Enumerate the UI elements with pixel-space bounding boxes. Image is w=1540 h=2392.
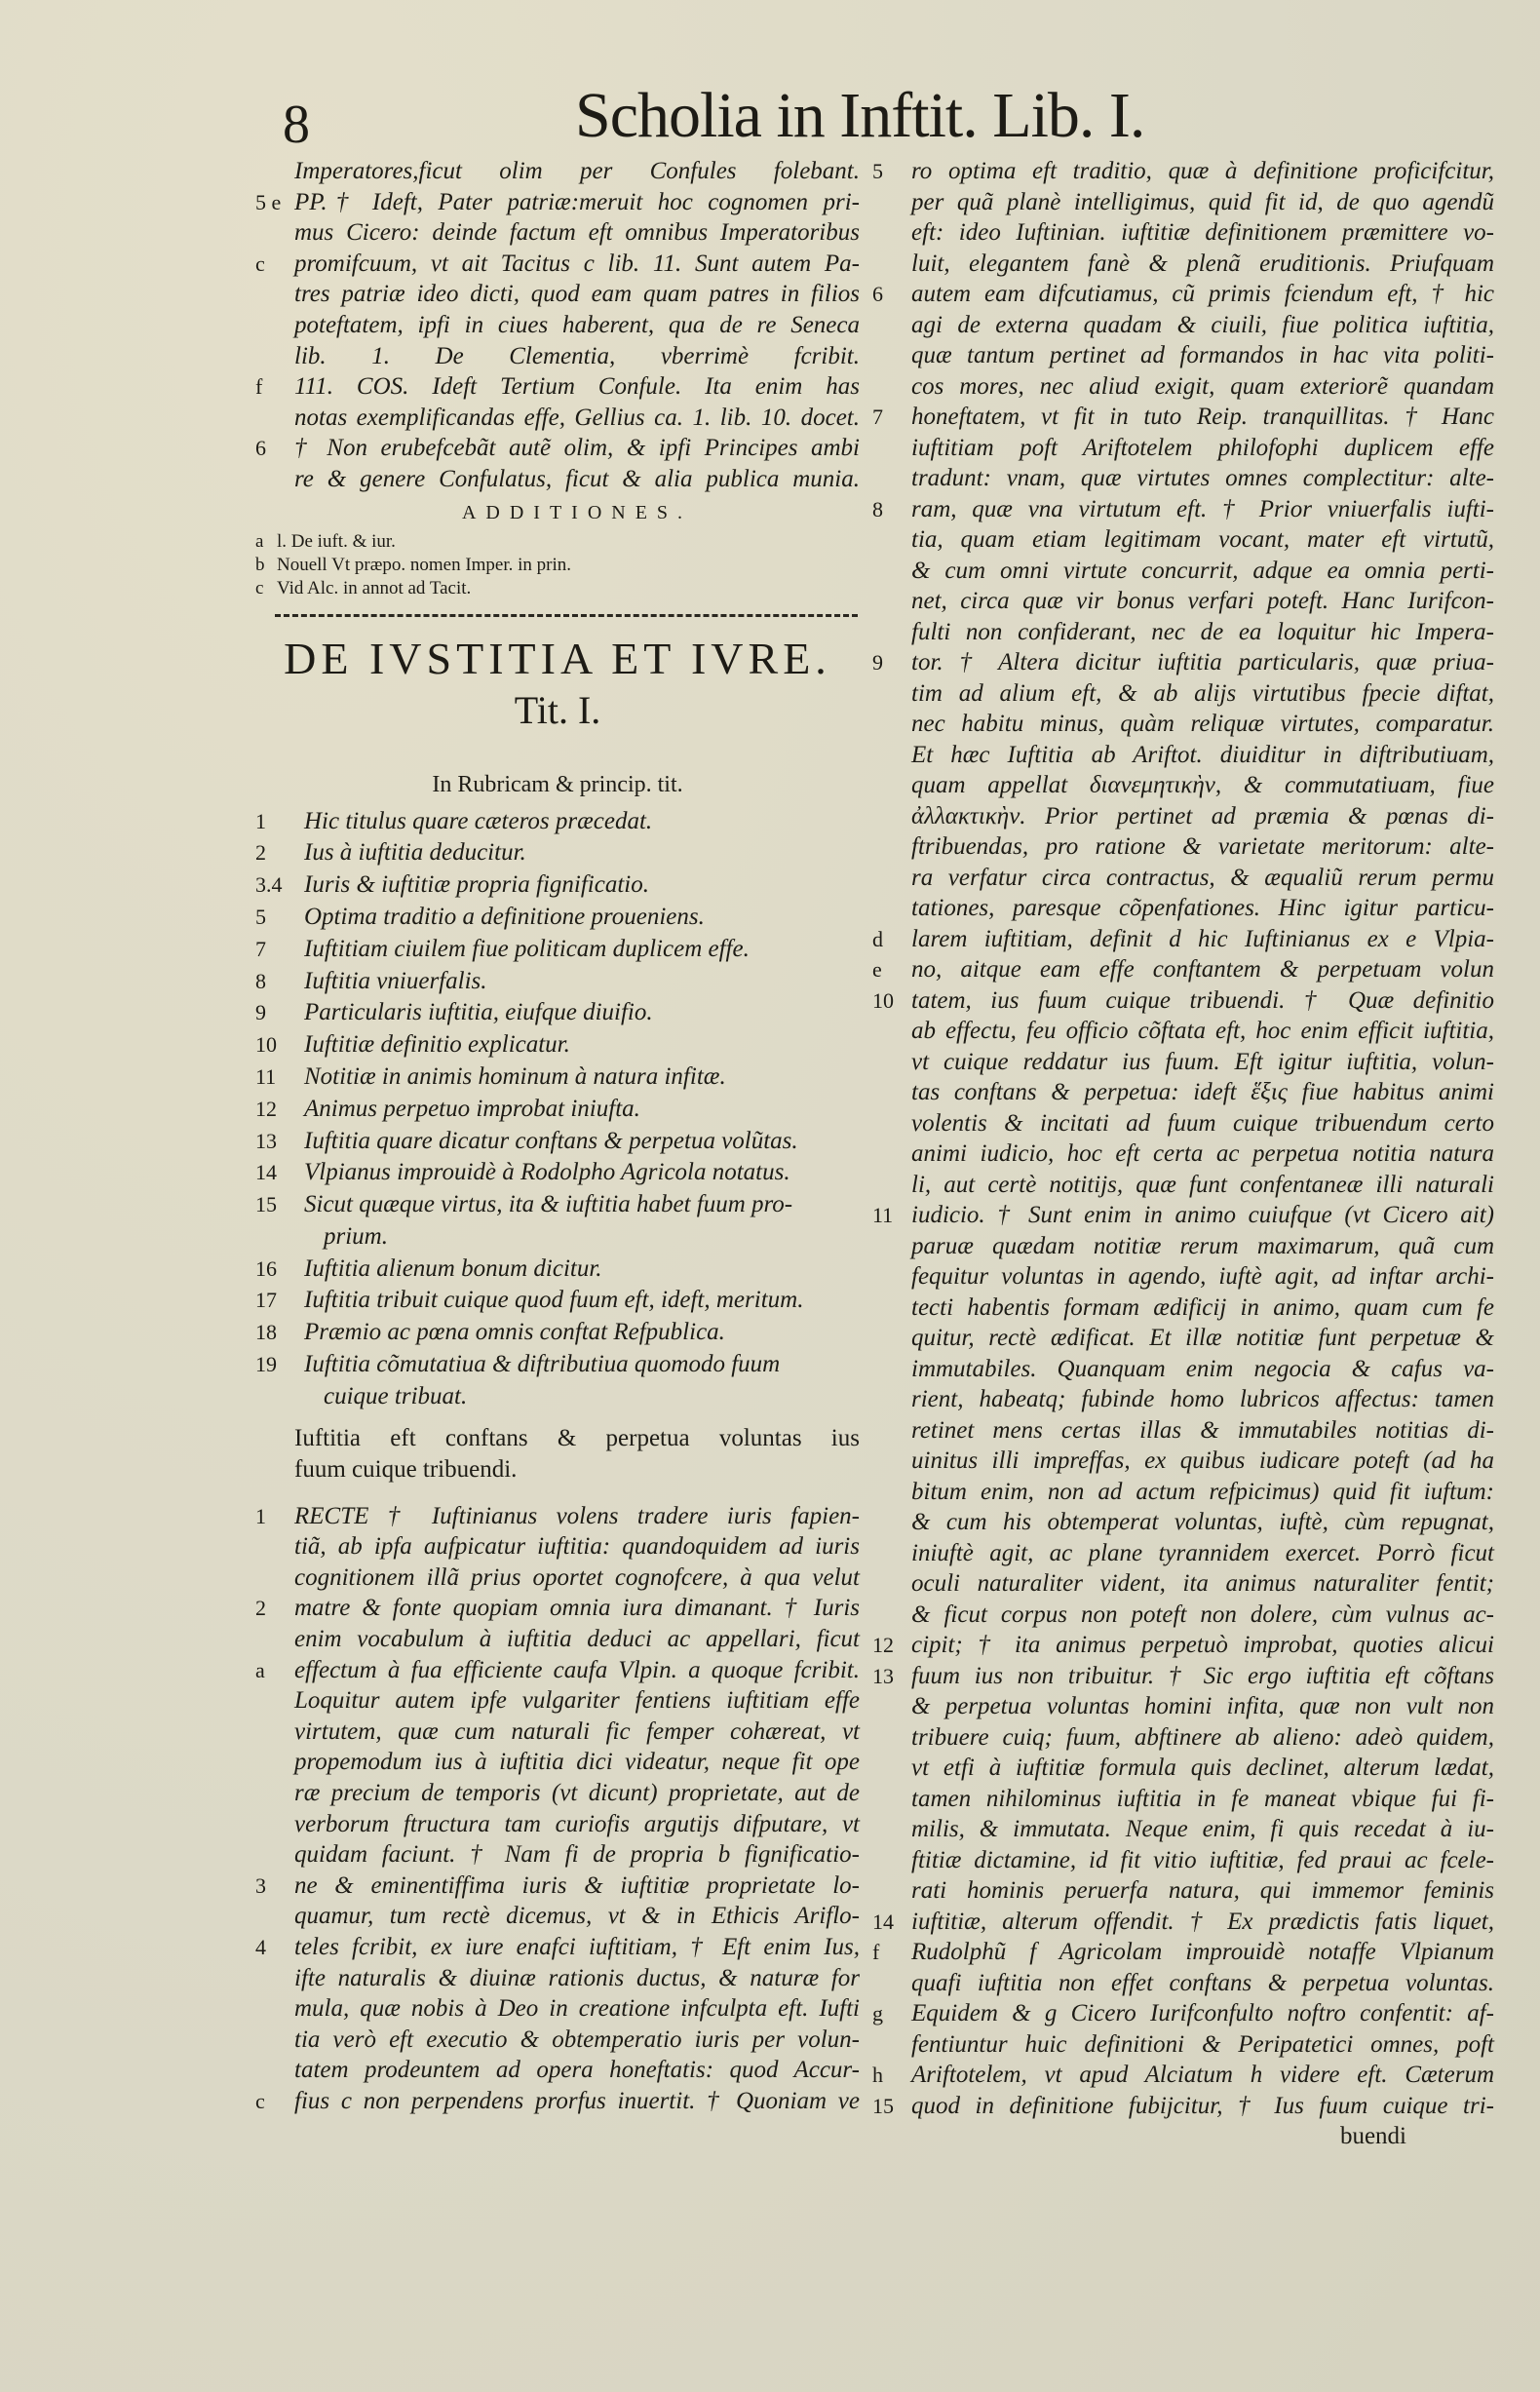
index-text: Iuftitia vniuerfalis. bbox=[304, 966, 487, 998]
text-line: tiã, ab ipfa aufpicatur iuftitia: quando… bbox=[255, 1531, 860, 1563]
text-line: luit, elegantem fanè & plenã eruditionis… bbox=[872, 249, 1494, 280]
additiones-heading: ADDITIONES. bbox=[255, 495, 860, 530]
additio-item: bNouell Vt præpo. nomen Imper. in prin. bbox=[255, 554, 860, 577]
gloss-block: 1RECTE † Iuftinianus volens tradere iuri… bbox=[255, 1501, 860, 2117]
text-line: 15quod in definitione fubijcitur, † Ius … bbox=[872, 2091, 1494, 2122]
text-line: aeffectum à fua efficiente caufa Vlpin. … bbox=[255, 1655, 860, 1686]
index-text: Iuftitia tribuit cuique quod fuum eft, i… bbox=[304, 1285, 803, 1317]
page-number: 8 bbox=[283, 97, 310, 152]
index-number: 3.4 bbox=[255, 869, 300, 902]
additio-key: c bbox=[255, 577, 263, 600]
text-line: agi de externa quadam & ciuili, fiue pol… bbox=[872, 310, 1494, 341]
text-line: oculi naturaliter vident, ita animus nat… bbox=[872, 1568, 1494, 1600]
page-header: 8 Scholia in Inftit. Lib. I. bbox=[273, 70, 1248, 158]
text-line: tia verò eft executio & obtemperatio iur… bbox=[255, 2025, 860, 2056]
index-entry: 11Notitiæ in animis hominum à natura inf… bbox=[255, 1061, 860, 1094]
marginal-reference: g bbox=[872, 1998, 909, 2029]
text-line: ftitiæ dictamine, id fit vitio iuftitiæ,… bbox=[872, 1845, 1494, 1876]
line-text: PP.† Ideft, Pater patriæ:meruit hoc cogn… bbox=[294, 187, 860, 218]
text-line: & perpetua voluntas homini infita, quæ n… bbox=[872, 1691, 1494, 1722]
text-line: ftribuendas, pro ratione & varietate mer… bbox=[872, 831, 1494, 863]
index-entry: 16Iuftitia alienum bonum dicitur. bbox=[255, 1254, 860, 1286]
index-entry: 10Iuftitiæ definitio explicatur. bbox=[255, 1029, 860, 1061]
index-number: 11 bbox=[255, 1061, 300, 1094]
marginal-reference: f bbox=[255, 371, 292, 403]
index-entry-continuation: cuique tribuat. bbox=[255, 1381, 860, 1413]
commentary-block: Imperatores,ficut olim per Confules fole… bbox=[255, 156, 860, 495]
marginal-reference: d bbox=[872, 924, 909, 955]
line-text: mula, quæ nobis à Deo in creatione infcu… bbox=[294, 1993, 860, 2025]
right-column: 5ro optima eft traditio, quæ à definitio… bbox=[872, 156, 1494, 2152]
text-line: volentis & incitati ad fuum cuique tribu… bbox=[872, 1108, 1494, 1139]
index-text: Iuftitia cõmutatiua & diftributiua quomo… bbox=[304, 1349, 780, 1381]
index-number: 19 bbox=[255, 1349, 300, 1381]
text-line: Imperatores,ficut olim per Confules fole… bbox=[255, 156, 860, 187]
index-entry: 5Optima traditio a definitione prouenien… bbox=[255, 902, 860, 934]
line-text: † Non erubefcebãt autẽ olim, & ipfi Prin… bbox=[294, 433, 860, 464]
marginal-reference: 6 bbox=[872, 279, 909, 310]
index-number: 7 bbox=[255, 934, 300, 966]
line-text: fulti non confiderant, nec de ea loquitu… bbox=[911, 617, 1494, 648]
text-line: ἀλλακτικὴν. Prior pertinet ad præmia & p… bbox=[872, 801, 1494, 832]
line-text: effectum à fua efficiente caufa Vlpin. a… bbox=[294, 1655, 860, 1686]
text-line: fentiuntur huic definitioni & Peripateti… bbox=[872, 2029, 1494, 2061]
index-number: 17 bbox=[255, 1285, 300, 1317]
index-entry: 17Iuftitia tribuit cuique quod fuum eft,… bbox=[255, 1285, 860, 1317]
text-line: fRudolphũ f Agricolam improuidè notaffe … bbox=[872, 1937, 1494, 1968]
line-text: no, aitque eam effe conftantem & perpetu… bbox=[911, 954, 1494, 985]
line-text: teles fcribit, ex iure enafci iuftitiam,… bbox=[294, 1932, 860, 1963]
index-number: 13 bbox=[255, 1126, 300, 1158]
additio-item: al. De iuft. & iur. bbox=[255, 530, 860, 554]
index-text: Notitiæ in animis hominum à natura infit… bbox=[304, 1061, 726, 1094]
text-line: iniuftè agit, ac plane tyrannidem exerce… bbox=[872, 1538, 1494, 1569]
index-number: 5 bbox=[255, 902, 300, 934]
text-line: uinitus illi impreffas, ex quibus iudica… bbox=[872, 1446, 1494, 1477]
text-line: tim ad alium eft, & ab alijs virtutibus … bbox=[872, 678, 1494, 710]
marginal-reference: c bbox=[255, 2086, 292, 2117]
summary-index: 1Hic titulus quare cæteros præcedat.2Ius… bbox=[255, 806, 860, 1413]
text-line: cpromifcuum, vt ait Tacitus c lib. 11. S… bbox=[255, 249, 860, 280]
text-line: cfius c non perpendens prorfus inuertit.… bbox=[255, 2086, 860, 2117]
line-text: ab effectu, feu officio cõftata eft, hoc… bbox=[911, 1016, 1494, 1047]
text-line: iuftitiam poft Ariftotelem philofophi du… bbox=[872, 433, 1494, 464]
index-number: 15 bbox=[255, 1189, 300, 1221]
line-text: iuftitiam poft Ariftotelem philofophi du… bbox=[911, 433, 1494, 464]
line-text: promifcuum, vt ait Tacitus c lib. 11. Su… bbox=[294, 249, 860, 280]
text-line: hAriftotelem, vt apud Alciatum h videre … bbox=[872, 2060, 1494, 2091]
additio-key: a bbox=[255, 530, 263, 554]
index-number: 8 bbox=[255, 966, 300, 998]
index-text: Sicut quæque virtus, ita & iuftitia habe… bbox=[304, 1189, 792, 1221]
marginal-reference: 11 bbox=[872, 1200, 909, 1231]
additio-text: Nouell Vt præpo. nomen Imper. in prin. bbox=[277, 555, 571, 575]
index-entry: 8Iuftitia vniuerfalis. bbox=[255, 966, 860, 998]
line-text: & ficut corpus non poteft non dolere, cù… bbox=[911, 1600, 1494, 1631]
text-line: 10tatem, ius fuum cuique tribuendi. † Qu… bbox=[872, 985, 1494, 1017]
line-text: nec habitu minus, quàm reliquæ virtutes,… bbox=[911, 709, 1494, 740]
line-text: Et hæc Iuftitia ab Ariftot. diuiditur in… bbox=[911, 740, 1494, 771]
text-line: dlarem iuftitiam, definit d hic Iuftinia… bbox=[872, 924, 1494, 955]
line-text: fuum ius non tribuitur. † Sic ergo iufti… bbox=[911, 1661, 1494, 1692]
index-text: Ius à iuftitia deducitur. bbox=[304, 837, 526, 869]
catchword: buendi bbox=[872, 2121, 1494, 2152]
text-line: 6autem eam difcutiamus, cũ primis fciend… bbox=[872, 279, 1494, 310]
definition-text: Iuftitia eft conftans & perpetua volunta… bbox=[255, 1423, 860, 1485]
text-line: eno, aitque eam effe conftantem & perpet… bbox=[872, 954, 1494, 985]
line-text: iniuftè agit, ac plane tyrannidem exerce… bbox=[911, 1538, 1494, 1569]
line-text: & cum his obtemperat voluntas, iuftè, cù… bbox=[911, 1507, 1494, 1538]
text-line: per quã planè intelligimus, quid fit id,… bbox=[872, 187, 1494, 218]
text-line: bitum enim, non ad actum refpicimus) qui… bbox=[872, 1477, 1494, 1508]
text-line: gEquidem & g Cicero Iurifconfulto noftro… bbox=[872, 1998, 1494, 2029]
text-line: 6† Non erubefcebãt autẽ olim, & ipfi Pri… bbox=[255, 433, 860, 464]
text-line: rati hominis peruerfa natura, qui immemo… bbox=[872, 1875, 1494, 1907]
marginal-reference: f bbox=[872, 1937, 909, 1968]
line-text: autem eam difcutiamus, cũ primis fciendu… bbox=[911, 279, 1494, 310]
index-entry: 13Iuftitia quare dicatur conftans & perp… bbox=[255, 1126, 860, 1158]
line-text: tas conftans & perpetua: ideft ἕξις fiue… bbox=[911, 1077, 1494, 1108]
text-line: 5 ePP.† Ideft, Pater patriæ:meruit hoc c… bbox=[255, 187, 860, 218]
line-text: tamen nihilominus iuftitia in fe maneat … bbox=[911, 1784, 1494, 1815]
index-text: prium. bbox=[324, 1221, 388, 1254]
scanned-book-page: 8 Scholia in Inftit. Lib. I. Imperatores… bbox=[0, 0, 1540, 2392]
line-text: net, circa quæ vir bonus verfari poteft.… bbox=[911, 586, 1494, 617]
line-text: virtutem, quæ cum naturali fic femper co… bbox=[294, 1717, 860, 1748]
index-text: Iuris & iuftitiæ propria fignificatio. bbox=[304, 869, 649, 902]
line-text: cipit; † ita animus perpetuò improbat, q… bbox=[911, 1630, 1494, 1661]
line-text: larem iuftitiam, definit d hic Iuftinian… bbox=[911, 924, 1494, 955]
text-line: 9tor. † Altera dicitur iuftitia particul… bbox=[872, 647, 1494, 678]
line-text: per quã planè intelligimus, quid fit id,… bbox=[911, 187, 1494, 218]
marginal-reference: 2 bbox=[255, 1593, 292, 1624]
marginal-reference: e bbox=[872, 954, 909, 985]
text-line: net, circa quæ vir bonus verfari poteft.… bbox=[872, 586, 1494, 617]
text-line: lib. 1. De Clementia, vberrimè fcribit. bbox=[255, 341, 860, 372]
line-text: milis, & immutata. Neque enim, fi quis r… bbox=[911, 1814, 1494, 1845]
text-line: tamen nihilominus iuftitia in fe maneat … bbox=[872, 1784, 1494, 1815]
text-line: tatem prodeuntem ad opera honeftatis: qu… bbox=[255, 2055, 860, 2086]
marginal-reference: 3 bbox=[255, 1871, 292, 1902]
line-text: tationes, paresque cõpenfationes. Hinc i… bbox=[911, 893, 1494, 924]
text-line: li, aut certè notitijs, quæ funt confent… bbox=[872, 1170, 1494, 1201]
text-line: poteftatem, ipfi in ciues haberent, qua … bbox=[255, 310, 860, 341]
additiones-list: al. De iuft. & iur.bNouell Vt præpo. nom… bbox=[255, 530, 860, 600]
text-line: retinet mens certas illas & immutabiles … bbox=[872, 1415, 1494, 1447]
index-entry: 18Præmio ac pœna omnis conftat Refpublic… bbox=[255, 1317, 860, 1349]
line-text: quæ tantum pertinet ad formandos in hac … bbox=[911, 340, 1494, 371]
text-line: paruæ quædam notitiæ rerum maximarum, qu… bbox=[872, 1231, 1494, 1262]
text-line: 8ram, quæ vna virtutum eft. † Prior vniu… bbox=[872, 494, 1494, 525]
index-number: 9 bbox=[255, 997, 300, 1029]
additio-text: Vid Alc. in annot ad Tacit. bbox=[277, 578, 471, 598]
line-text: tecti habentis formam ædificij in animo,… bbox=[911, 1292, 1494, 1324]
marginal-reference: 9 bbox=[872, 647, 909, 678]
line-text: tres patriæ ideo dicti, quod eam quam pa… bbox=[294, 279, 860, 310]
index-text: Hic titulus quare cæteros præcedat. bbox=[304, 806, 652, 838]
text-line: verborum ftructura tam curiofis argutijs… bbox=[255, 1809, 860, 1840]
commentary-block: 5ro optima eft traditio, quæ à definitio… bbox=[872, 156, 1494, 2121]
line-text: iuftitiæ, alterum offendit. † Ex prædict… bbox=[911, 1907, 1494, 1938]
line-text: Ariftotelem, vt apud Alciatum h videre e… bbox=[911, 2060, 1494, 2091]
line-text: Equidem & g Cicero Iurifconfulto noftro … bbox=[911, 1998, 1494, 2029]
text-line: f111. COS. Ideft Tertium Confule. Ita en… bbox=[255, 371, 860, 403]
text-line: vt etfi à iuftitiæ formula quis declinet… bbox=[872, 1753, 1494, 1784]
line-text: & perpetua voluntas homini infita, quæ n… bbox=[911, 1691, 1494, 1722]
line-text: lib. 1. De Clementia, vberrimè fcribit. bbox=[294, 341, 860, 372]
line-text: rient, habeatq; fubinde homo lubricos af… bbox=[911, 1384, 1494, 1415]
line-text: tatem prodeuntem ad opera honeftatis: qu… bbox=[294, 2055, 860, 2086]
index-number: 18 bbox=[255, 1317, 300, 1349]
marginal-reference: 10 bbox=[872, 985, 909, 1017]
line-text: eft: ideo Iuftinian. iuftitiæ definition… bbox=[911, 217, 1494, 249]
index-text: Particularis iuftitia, eiufque diuifio. bbox=[304, 997, 653, 1029]
line-text: quod in definitione fubijcitur, † Ius fu… bbox=[911, 2091, 1494, 2122]
text-line: quitur, rectè ædificat. Et illæ notitiæ … bbox=[872, 1323, 1494, 1354]
line-text: ræ precium de temporis (vt dicunt) propr… bbox=[294, 1778, 860, 1809]
index-entry: 7Iuftitiam ciuilem fiue politicam duplic… bbox=[255, 934, 860, 966]
index-entry: 15Sicut quæque virtus, ita & iuftitia ha… bbox=[255, 1189, 860, 1221]
marginal-reference: 12 bbox=[872, 1630, 909, 1661]
line-text: immutabiles. Quanquam enim negocia & caf… bbox=[911, 1354, 1494, 1385]
line-text: agi de externa quadam & ciuili, fiue pol… bbox=[911, 310, 1494, 341]
line-text: fius c non perpendens prorfus inuertit. … bbox=[294, 2086, 860, 2117]
index-text: Iuftitiæ definitio explicatur. bbox=[304, 1029, 570, 1061]
additio-item: cVid Alc. in annot ad Tacit. bbox=[255, 577, 860, 600]
text-line: & ficut corpus non poteft non dolere, cù… bbox=[872, 1600, 1494, 1631]
marginal-reference: 15 bbox=[872, 2091, 909, 2122]
line-text: quamur, tum rectè dicemus, vt & in Ethic… bbox=[294, 1901, 860, 1932]
text-line: re & genere Confulatus, ficut & alia pub… bbox=[255, 464, 860, 495]
index-entry: 2Ius à iuftitia deducitur. bbox=[255, 837, 860, 869]
line-text: tia verò eft executio & obtemperatio iur… bbox=[294, 2025, 860, 2056]
marginal-reference: 14 bbox=[872, 1907, 909, 1938]
text-line: 3ne & eminentiffima iuris & iuftitiæ pro… bbox=[255, 1871, 860, 1902]
index-number: 14 bbox=[255, 1157, 300, 1189]
index-text: Iuftitiam ciuilem fiue politicam duplice… bbox=[304, 934, 750, 966]
index-text: cuique tribuat. bbox=[324, 1381, 467, 1413]
line-text: 111. COS. Ideft Tertium Confule. Ita eni… bbox=[294, 371, 860, 403]
line-text: tribuere cuiq; fuum, abftinere ab alieno… bbox=[911, 1722, 1494, 1754]
line-text: ἀλλακτικὴν. Prior pertinet ad præmia & p… bbox=[911, 801, 1494, 832]
text-line: 4teles fcribit, ex iure enafci iuftitiam… bbox=[255, 1932, 860, 1963]
line-text: quafi iuftitia non effet conftans & perp… bbox=[911, 1968, 1494, 1999]
text-line: virtutem, quæ cum naturali fic femper co… bbox=[255, 1717, 860, 1748]
text-line: quæ tantum pertinet ad formandos in hac … bbox=[872, 340, 1494, 371]
text-line: mus Cicero: deinde factum eft omnibus Im… bbox=[255, 217, 860, 249]
line-text: cos mores, nec aliud exigit, quam exteri… bbox=[911, 371, 1494, 403]
marginal-reference: 7 bbox=[872, 402, 909, 433]
line-text: vt cuique reddatur ius fuum. Eft igitur … bbox=[911, 1047, 1494, 1078]
definition-line: Iuftitia eft conftans & perpetua volunta… bbox=[294, 1423, 860, 1454]
line-text: li, aut certè notitijs, quæ funt confent… bbox=[911, 1170, 1494, 1201]
line-text: re & genere Confulatus, ficut & alia pub… bbox=[294, 464, 860, 495]
rubric-heading: In Rubricam & princip. tit. bbox=[255, 763, 860, 806]
line-text: ifte naturalis & diuinæ rationis ductus,… bbox=[294, 1963, 860, 1994]
text-line: tres patriæ ideo dicti, quod eam quam pa… bbox=[255, 279, 860, 310]
index-text: Iuftitia alienum bonum dicitur. bbox=[304, 1254, 602, 1286]
text-line: & cum his obtemperat voluntas, iuftè, cù… bbox=[872, 1507, 1494, 1538]
index-entry-continuation: prium. bbox=[255, 1221, 860, 1254]
index-entry: 14Vlpianus improuidè à Rodolpho Agricola… bbox=[255, 1157, 860, 1189]
text-line: milis, & immutata. Neque enim, fi quis r… bbox=[872, 1814, 1494, 1845]
line-text: bitum enim, non ad actum refpicimus) qui… bbox=[911, 1477, 1494, 1508]
text-line: mula, quæ nobis à Deo in creatione infcu… bbox=[255, 1993, 860, 2025]
text-line: rient, habeatq; fubinde homo lubricos af… bbox=[872, 1384, 1494, 1415]
index-number: 2 bbox=[255, 837, 300, 869]
line-text: tatem, ius fuum cuique tribuendi. † Quæ … bbox=[911, 985, 1494, 1017]
line-text: quam appellat διανεμητικὴν, & commutatiu… bbox=[911, 770, 1494, 801]
line-text: notas exemplificandas effe, Gellius ca. … bbox=[294, 403, 860, 434]
text-line: 13fuum ius non tribuitur. † Sic ergo iuf… bbox=[872, 1661, 1494, 1692]
index-number: 12 bbox=[255, 1094, 300, 1126]
text-line: animi iudicio, hoc eft certa ac perpetua… bbox=[872, 1138, 1494, 1170]
line-text: matre & fonte quopiam omnia iura dimanan… bbox=[294, 1593, 860, 1624]
line-text: iudicio. † Sunt enim in animo cuiufque (… bbox=[911, 1200, 1494, 1231]
marginal-reference: 6 bbox=[255, 433, 292, 464]
index-text: Vlpianus improuidè à Rodolpho Agricola n… bbox=[304, 1157, 790, 1189]
left-column: Imperatores,ficut olim per Confules fole… bbox=[255, 156, 860, 2117]
text-line: 7honeftatem, vt fit in tuto Reip. tranqu… bbox=[872, 402, 1494, 433]
text-line: propemodum ius à iuftitia dici videatur,… bbox=[255, 1747, 860, 1778]
title-subheading: Tit. I. bbox=[255, 685, 860, 736]
title-heading: DE IVSTITIA ET IVRE. bbox=[255, 633, 860, 685]
text-line: 14iuftitiæ, alterum offendit. † Ex prædi… bbox=[872, 1907, 1494, 1938]
text-line: 11iudicio. † Sunt enim in animo cuiufque… bbox=[872, 1200, 1494, 1231]
line-text: poteftatem, ipfi in ciues haberent, qua … bbox=[294, 310, 860, 341]
index-number: 1 bbox=[255, 806, 300, 838]
text-line: fequitur voluntas in agendo, iuftè agit,… bbox=[872, 1261, 1494, 1292]
line-text: propemodum ius à iuftitia dici videatur,… bbox=[294, 1747, 860, 1778]
index-text: Animus perpetuo improbat iniufta. bbox=[304, 1094, 640, 1126]
marginal-reference: 1 bbox=[255, 1501, 292, 1532]
text-line: tribuere cuiq; fuum, abftinere ab alieno… bbox=[872, 1722, 1494, 1754]
line-text: enim vocabulum à iuftitia deduci ac appe… bbox=[294, 1624, 860, 1655]
marginal-reference: 8 bbox=[872, 494, 909, 525]
index-text: Iuftitia quare dicatur conftans & perpet… bbox=[304, 1126, 798, 1158]
line-text: RECTE † Iuftinianus volens tradere iuris… bbox=[294, 1501, 860, 1532]
index-number: 16 bbox=[255, 1254, 300, 1286]
line-text: ne & eminentiffima iuris & iuftitiæ prop… bbox=[294, 1871, 860, 1902]
text-line: Loquitur autem ipfe vulgariter fentiens … bbox=[255, 1685, 860, 1717]
line-text: cognitionem illã prius oportet cognofcer… bbox=[294, 1563, 860, 1594]
text-line: fulti non confiderant, nec de ea loquitu… bbox=[872, 617, 1494, 648]
text-line: 12cipit; † ita animus perpetuò improbat,… bbox=[872, 1630, 1494, 1661]
line-text: ra verfatur circa contractus, & æqualiũ … bbox=[911, 863, 1494, 894]
line-text: vt etfi à iuftitiæ formula quis declinet… bbox=[911, 1753, 1494, 1784]
text-line: & cum omni virtute concurrit, adque ea o… bbox=[872, 556, 1494, 587]
line-text: honeftatem, vt fit in tuto Reip. tranqui… bbox=[911, 402, 1494, 433]
text-line: ifte naturalis & diuinæ rationis ductus,… bbox=[255, 1963, 860, 1994]
marginal-reference: 5 bbox=[872, 156, 909, 187]
line-text: ftitiæ dictamine, id fit vitio iuftitiæ,… bbox=[911, 1845, 1494, 1876]
text-line: quidam faciunt. † Nam fi de propria b fi… bbox=[255, 1839, 860, 1871]
marginal-reference: h bbox=[872, 2060, 909, 2091]
line-text: mus Cicero: deinde factum eft omnibus Im… bbox=[294, 217, 860, 249]
line-text: Imperatores,ficut olim per Confules fole… bbox=[294, 156, 860, 187]
line-text: tim ad alium eft, & ab alijs virtutibus … bbox=[911, 678, 1494, 710]
text-line: 1RECTE † Iuftinianus volens tradere iuri… bbox=[255, 1501, 860, 1532]
section-divider bbox=[275, 614, 858, 617]
text-line: quamur, tum rectè dicemus, vt & in Ethic… bbox=[255, 1901, 860, 1932]
text-line: immutabiles. Quanquam enim negocia & caf… bbox=[872, 1354, 1494, 1385]
text-line: quam appellat διανεμητικὴν, & commutatiu… bbox=[872, 770, 1494, 801]
marginal-reference: 13 bbox=[872, 1661, 909, 1692]
text-line: cos mores, nec aliud exigit, quam exteri… bbox=[872, 371, 1494, 403]
text-line: tradunt: vnam, quæ virtutes omnes comple… bbox=[872, 463, 1494, 494]
marginal-reference: a bbox=[255, 1655, 292, 1686]
line-text: Loquitur autem ipfe vulgariter fentiens … bbox=[294, 1685, 860, 1717]
line-text: tor. † Altera dicitur iuftitia particula… bbox=[911, 647, 1494, 678]
line-text: rati hominis peruerfa natura, qui immemo… bbox=[911, 1875, 1494, 1907]
line-text: animi iudicio, hoc eft certa ac perpetua… bbox=[911, 1138, 1494, 1170]
text-line: tia, quam etiam legitimam vocant, mater … bbox=[872, 524, 1494, 556]
line-text: ram, quæ vna virtutum eft. † Prior vniue… bbox=[911, 494, 1494, 525]
line-text: & cum omni virtute concurrit, adque ea o… bbox=[911, 556, 1494, 587]
text-line: tecti habentis formam ædificij in animo,… bbox=[872, 1292, 1494, 1324]
text-line: tas conftans & perpetua: ideft ἕξις fiue… bbox=[872, 1077, 1494, 1108]
index-number: 10 bbox=[255, 1029, 300, 1061]
line-text: fentiuntur huic definitioni & Peripateti… bbox=[911, 2029, 1494, 2061]
additio-key: b bbox=[255, 554, 265, 577]
marginal-reference: 5 e bbox=[255, 187, 292, 218]
line-text: ftribuendas, pro ratione & varietate mer… bbox=[911, 831, 1494, 863]
line-text: tiã, ab ipfa aufpicatur iuftitia: quando… bbox=[294, 1531, 860, 1563]
line-text: uinitus illi impreffas, ex quibus iudica… bbox=[911, 1446, 1494, 1477]
text-line: eft: ideo Iuftinian. iuftitiæ definition… bbox=[872, 217, 1494, 249]
line-text: fequitur voluntas in agendo, iuftè agit,… bbox=[911, 1261, 1494, 1292]
line-text: oculi naturaliter vident, ita animus nat… bbox=[911, 1568, 1494, 1600]
index-entry: 19Iuftitia cõmutatiua & diftributiua quo… bbox=[255, 1349, 860, 1381]
index-text: Optima traditio a definitione proueniens… bbox=[304, 902, 705, 934]
line-text: volentis & incitati ad fuum cuique tribu… bbox=[911, 1108, 1494, 1139]
text-line: quafi iuftitia non effet conftans & perp… bbox=[872, 1968, 1494, 1999]
text-line: nec habitu minus, quàm reliquæ virtutes,… bbox=[872, 709, 1494, 740]
text-line: vt cuique reddatur ius fuum. Eft igitur … bbox=[872, 1047, 1494, 1078]
text-line: 2matre & fonte quopiam omnia iura dimana… bbox=[255, 1593, 860, 1624]
text-line: 5ro optima eft traditio, quæ à definitio… bbox=[872, 156, 1494, 187]
index-entry: 3.4Iuris & iuftitiæ propria fignificatio… bbox=[255, 869, 860, 902]
text-line: ræ precium de temporis (vt dicunt) propr… bbox=[255, 1778, 860, 1809]
text-line: Et hæc Iuftitia ab Ariftot. diuiditur in… bbox=[872, 740, 1494, 771]
text-line: ab effectu, feu officio cõftata eft, hoc… bbox=[872, 1016, 1494, 1047]
line-text: tia, quam etiam legitimam vocant, mater … bbox=[911, 524, 1494, 556]
line-text: ro optima eft traditio, quæ à definition… bbox=[911, 156, 1494, 187]
marginal-reference: c bbox=[255, 249, 292, 280]
line-text: tradunt: vnam, quæ virtutes omnes comple… bbox=[911, 463, 1494, 494]
line-text: quidam faciunt. † Nam fi de propria b fi… bbox=[294, 1839, 860, 1871]
line-text: paruæ quædam notitiæ rerum maximarum, qu… bbox=[911, 1231, 1494, 1262]
text-line: ra verfatur circa contractus, & æqualiũ … bbox=[872, 863, 1494, 894]
line-text: luit, elegantem fanè & plenã eruditionis… bbox=[911, 249, 1494, 280]
text-line: cognitionem illã prius oportet cognofcer… bbox=[255, 1563, 860, 1594]
line-text: retinet mens certas illas & immutabiles … bbox=[911, 1415, 1494, 1447]
line-text: Rudolphũ f Agricolam improuidè notaffe V… bbox=[911, 1937, 1494, 1968]
index-text: Præmio ac pœna omnis conftat Refpublica. bbox=[304, 1317, 725, 1349]
index-entry: 9Particularis iuftitia, eiufque diuifio. bbox=[255, 997, 860, 1029]
running-head: Scholia in Inftit. Lib. I. bbox=[575, 84, 1144, 148]
index-entry: 1Hic titulus quare cæteros præcedat. bbox=[255, 806, 860, 838]
line-text: verborum ftructura tam curiofis argutijs… bbox=[294, 1809, 860, 1840]
line-text: quitur, rectè ædificat. Et illæ notitiæ … bbox=[911, 1323, 1494, 1354]
additio-text: l. De iuft. & iur. bbox=[277, 531, 396, 552]
definition-line: fuum cuique tribuendi. bbox=[294, 1454, 860, 1485]
marginal-reference: 4 bbox=[255, 1932, 292, 1963]
text-line: enim vocabulum à iuftitia deduci ac appe… bbox=[255, 1624, 860, 1655]
text-line: notas exemplificandas effe, Gellius ca. … bbox=[255, 403, 860, 434]
index-entry: 12Animus perpetuo improbat iniufta. bbox=[255, 1094, 860, 1126]
text-line: tationes, paresque cõpenfationes. Hinc i… bbox=[872, 893, 1494, 924]
